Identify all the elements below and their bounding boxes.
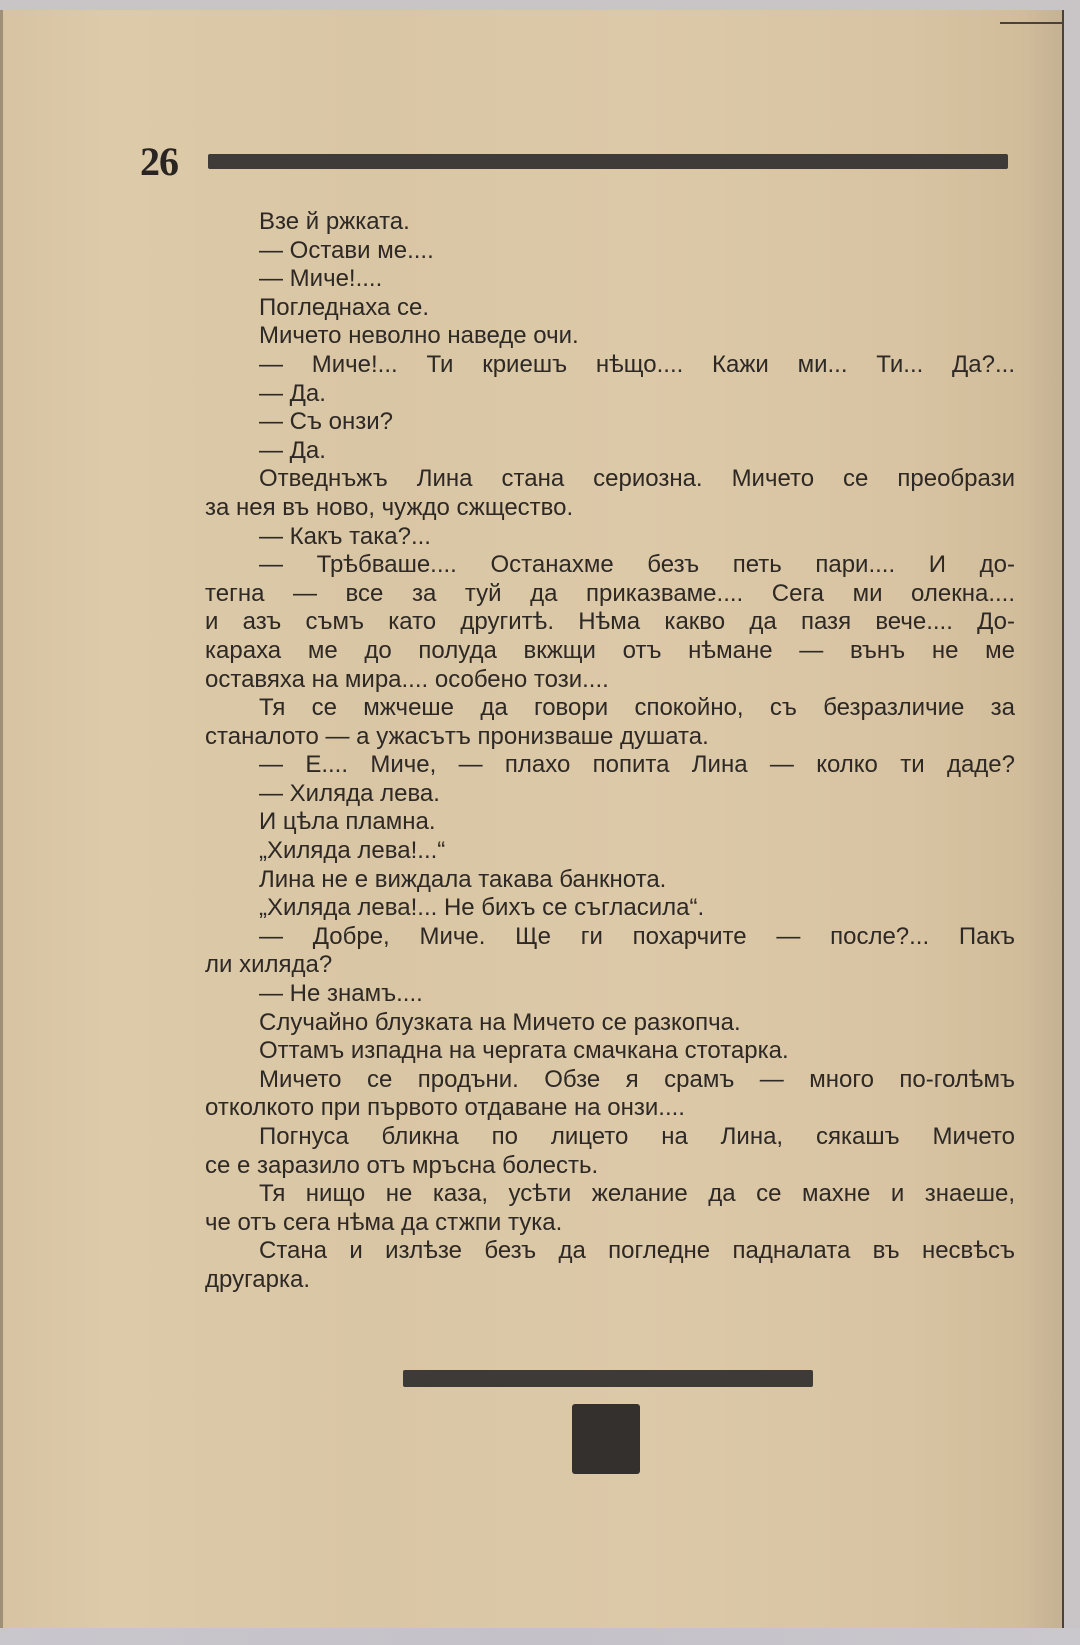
text-line: Погнуса бликна по лицето на Лина, сякашъ… xyxy=(205,1123,1015,1152)
header-rule-divider xyxy=(208,154,1008,169)
text-line: Погледнаха се. xyxy=(205,294,1015,323)
text-line: Мичето неволно наведе очи. xyxy=(205,322,1015,351)
text-line: станалото — а ужасътъ пронизваше душата. xyxy=(205,723,1015,752)
text-line: — Да. xyxy=(205,437,1015,466)
text-line: караха ме до полуда вкжщи отъ нѣмане — в… xyxy=(205,637,1015,666)
text-line: оставяха на мира.... особено този.... xyxy=(205,666,1015,695)
body-text: Взе й ржката. — Остави ме.... — Миче!...… xyxy=(205,208,1015,1295)
text-line: ли хиляда? xyxy=(205,951,1015,980)
text-line: Случайно блузката на Мичето се разкопча. xyxy=(205,1009,1015,1038)
book-page: 26 Взе й ржката. — Остави ме.... — Миче!… xyxy=(0,10,1064,1628)
text-line: че отъ сега нѣма да стжпи тука. xyxy=(205,1209,1015,1238)
text-line: — Хиляда лева. xyxy=(205,780,1015,809)
end-ornament xyxy=(403,1370,813,1480)
text-line: — Не знамъ.... xyxy=(205,980,1015,1009)
text-line: Оттамъ изпадна на чергата смачкана стота… xyxy=(205,1037,1015,1066)
text-line: — Остави ме.... xyxy=(205,237,1015,266)
text-line: се е заразило отъ мръсна болесть. xyxy=(205,1152,1015,1181)
text-line: Тя се мжчеше да говори спокойно, съ безр… xyxy=(205,694,1015,723)
text-line: „Хиляда лева!... Не бихъ се съгласила“. xyxy=(205,894,1015,923)
text-line: Взе й ржката. xyxy=(205,208,1015,237)
scan-background-strip xyxy=(0,1628,1080,1645)
text-line: за нея въ ново, чуждо сжщество. xyxy=(205,494,1015,523)
page-edge-line xyxy=(1000,22,1062,24)
text-line: Стана и излѣзе безъ да погледне падналат… xyxy=(205,1237,1015,1266)
text-line: и азъ съмъ като другитѣ. Нѣма какво да п… xyxy=(205,608,1015,637)
text-line: Мичето се продъни. Обзе я срамъ — много … xyxy=(205,1066,1015,1095)
text-line: — Съ онзи? xyxy=(205,408,1015,437)
page-header: 26 xyxy=(140,142,1010,182)
text-line: другарка. xyxy=(205,1266,1015,1295)
ornament-square xyxy=(572,1404,640,1474)
text-line: И цѣла пламна. xyxy=(205,808,1015,837)
text-line: — Добре, Миче. Ще ги похарчите — после?.… xyxy=(205,923,1015,952)
text-line: — Какъ така?... xyxy=(205,523,1015,552)
text-line: Отведнъжъ Лина стана сериозна. Мичето се… xyxy=(205,465,1015,494)
text-line: — Миче!.... xyxy=(205,265,1015,294)
text-line: — Трѣбваше.... Останахме безъ петь пари.… xyxy=(205,551,1015,580)
page-number: 26 xyxy=(140,142,178,182)
text-line: — Е.... Миче, — плахо попита Лина — колк… xyxy=(205,751,1015,780)
text-line: — Да. xyxy=(205,380,1015,409)
text-line: Лина не е виждала такава банкнота. xyxy=(205,866,1015,895)
text-line: — Миче!... Ти криешъ нѣщо.... Кажи ми...… xyxy=(205,351,1015,380)
text-line: отколкото при първото отдаване на онзи..… xyxy=(205,1094,1015,1123)
text-line: „Хиляда лева!...“ xyxy=(205,837,1015,866)
ornament-bar xyxy=(403,1370,813,1387)
text-line: Тя нищо не каза, усѣти желание да се мах… xyxy=(205,1180,1015,1209)
text-line: тегна — все за туй да приказваме.... Сег… xyxy=(205,580,1015,609)
